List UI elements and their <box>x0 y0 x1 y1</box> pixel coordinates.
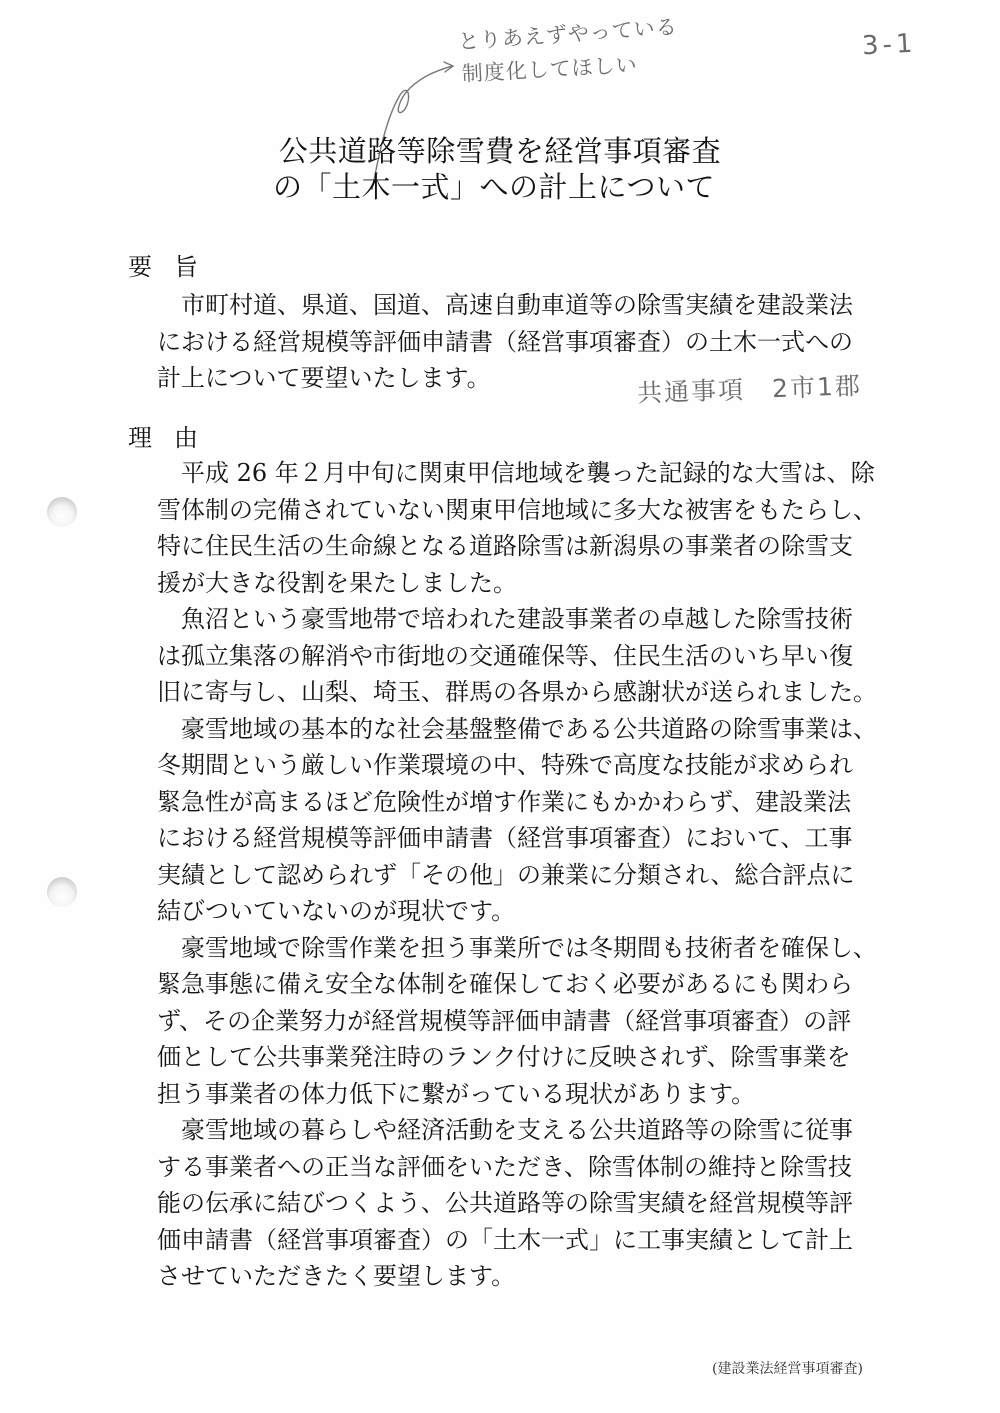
text-line: 魚沼という豪雪地帯で培われた建設事業者の卓越した除雪技術 <box>157 601 937 638</box>
summary-heading: 要旨 <box>128 247 198 282</box>
text-line: 豪雪地域の基本的な社会基盤整備である公共道路の除雪事業は、 <box>157 711 937 748</box>
text-line: 価申請書（経営事項審査）の「土木一式」に工事実績として計上 <box>157 1222 937 1259</box>
text-line: は孤立集落の解消や市街地の交通確保等、住民生活のいち早い復 <box>157 638 937 675</box>
text-line: 実績として認められず「その他」の兼業に分類され、総合評点に <box>157 857 937 894</box>
text-line: 特に住民生活の生命線となる道路除雪は新潟県の事業者の除雪支 <box>157 528 937 565</box>
text-line: 平成 26 年２月中旬に関東甲信地域を襲った記録的な大雪は、除 <box>157 455 937 492</box>
text-line: する事業者への正当な評価をいただき、除雪体制の維持と除雪技 <box>157 1149 937 1186</box>
text-line: 旧に寄与し、山梨、埼玉、群馬の各県から感謝状が送られました。 <box>157 674 937 711</box>
text-line: させていただきたく要望します。 <box>157 1258 937 1295</box>
title-line-2: の「土木一式」への計上について <box>0 169 1000 205</box>
footer-label: (建設業法経営事項審査) <box>712 1358 863 1378</box>
document-title: 公共道路等除雪費を経営事項審査 の「土木一式」への計上について <box>0 133 1000 205</box>
text-line: 緊急性が高まるほど危険性が増す作業にもかかわらず、建設業法 <box>157 784 937 821</box>
punch-hole <box>47 497 77 527</box>
document-page: とりあえずやっている 制度化してほしい 3-1 公共道路等除雪費を経営事項審査 … <box>0 0 1000 1413</box>
text-line: における経営規模等評価申請書（経営事項審査）において、工事 <box>157 820 937 857</box>
handwritten-note: とりあえずやっている <box>457 11 679 56</box>
text-line: 豪雪地域で除雪作業を担う事業所では冬期間も技術者を確保し、 <box>157 930 937 967</box>
handwritten-note: 制度化してほしい <box>461 49 638 88</box>
text-line: における経営規模等評価申請書（経営事項審査）の土木一式への <box>157 324 937 361</box>
reason-heading: 理由 <box>128 418 198 453</box>
reason-body: 平成 26 年２月中旬に関東甲信地域を襲った記録的な大雪は、除 雪体制の完備され… <box>157 455 937 1295</box>
punch-hole <box>47 877 77 907</box>
page-number: 3-1 <box>861 29 917 62</box>
heading-char: 要 <box>128 253 152 281</box>
heading-char: 旨 <box>174 253 198 281</box>
text-line: ず、その企業努力が経営規模等評価申請書（経営事項審査）の評 <box>157 1003 937 1040</box>
text-line: 結びついていないのが現状です。 <box>157 893 937 930</box>
text-line: 担う事業者の体力低下に繋がっている現状があります。 <box>157 1076 937 1113</box>
text-line: 価として公共事業発注時のランク付けに反映されず、除雪事業を <box>157 1039 937 1076</box>
heading-char: 由 <box>174 424 198 452</box>
title-line-1: 公共道路等除雪費を経営事項審査 <box>279 134 722 168</box>
text-line: 緊急事態に備え安全な体制を確保しておく必要があるにも関わら <box>157 966 937 1003</box>
text-line: 能の伝承に結びつくよう、公共道路等の除雪実績を経営規模等評 <box>157 1185 937 1222</box>
text-line: 冬期間という厳しい作業環境の中、特殊で高度な技能が求められ <box>157 747 937 784</box>
heading-char: 理 <box>128 424 152 452</box>
text-line: 援が大きな役割を果たしました。 <box>157 565 937 602</box>
text-line: 雪体制の完備されていない関東甲信地域に多大な被害をもたらし、 <box>157 492 937 529</box>
text-line: 豪雪地域の暮らしや経済活動を支える公共道路等の除雪に従事 <box>157 1112 937 1149</box>
text-line: 市町村道、県道、国道、高速自動車道等の除雪実績を建設業法 <box>157 287 937 324</box>
handwritten-common-note: 共通事項 2市1郡 <box>636 366 862 410</box>
